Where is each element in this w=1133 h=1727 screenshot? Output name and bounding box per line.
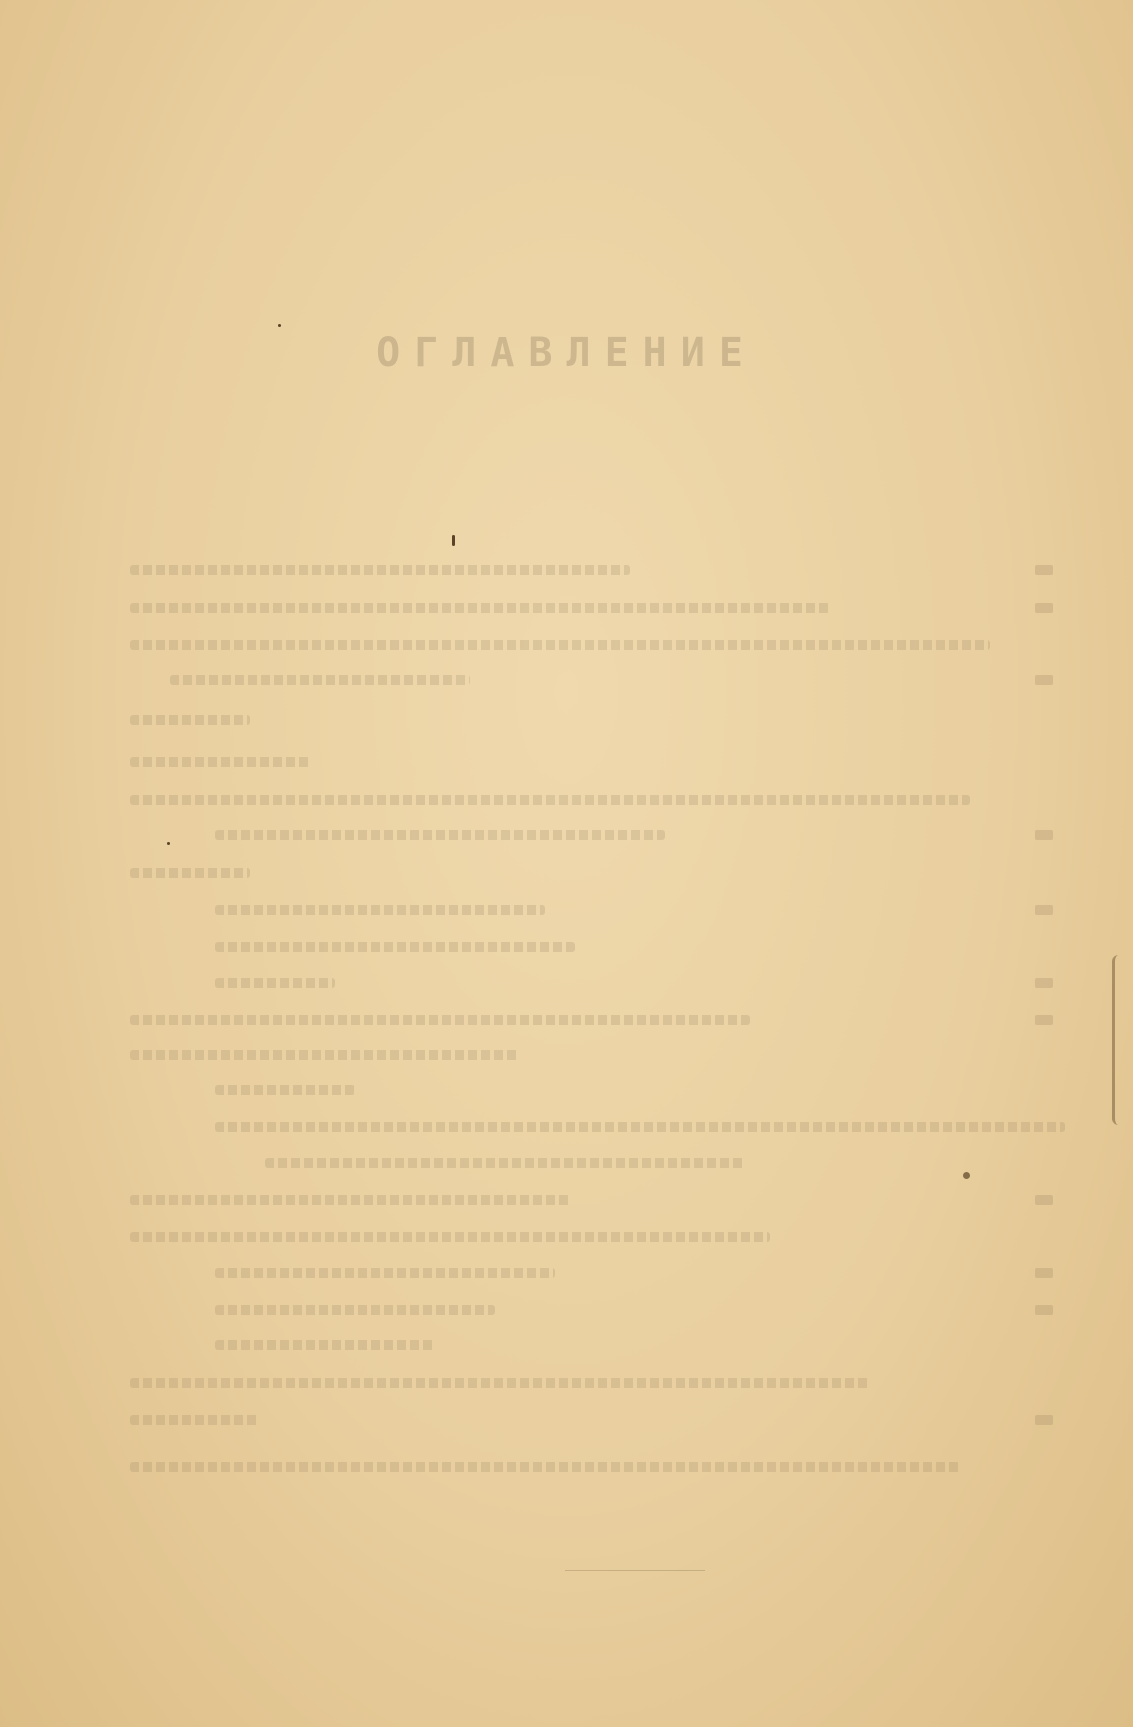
toc-entry bbox=[130, 1050, 520, 1060]
paper-speck bbox=[278, 324, 281, 327]
toc-entry bbox=[215, 905, 545, 915]
toc-entry bbox=[130, 1195, 570, 1205]
toc-page-number bbox=[1035, 675, 1053, 685]
toc-entry bbox=[130, 1462, 960, 1472]
toc-entry bbox=[130, 868, 250, 878]
toc-entry bbox=[215, 1122, 1065, 1132]
toc-entry bbox=[215, 942, 575, 952]
toc-entry bbox=[130, 795, 970, 805]
toc-entry bbox=[130, 757, 310, 767]
toc-page-number bbox=[1035, 978, 1053, 988]
toc-entry bbox=[215, 1085, 355, 1095]
toc-page-number bbox=[1035, 603, 1053, 613]
toc-page-number bbox=[1035, 830, 1053, 840]
toc-entry bbox=[130, 603, 830, 613]
toc-entry bbox=[170, 675, 470, 685]
paper-fold-edge bbox=[1112, 955, 1125, 1125]
toc-entry bbox=[215, 1305, 495, 1315]
toc-entry bbox=[130, 1015, 750, 1025]
paper-speck bbox=[963, 1172, 970, 1179]
toc-entry bbox=[215, 1340, 435, 1350]
toc-entry bbox=[130, 1378, 870, 1388]
toc-entry bbox=[265, 1158, 745, 1168]
toc-entry bbox=[215, 1268, 555, 1278]
toc-page-number bbox=[1035, 1015, 1053, 1025]
toc-entry bbox=[130, 715, 250, 725]
toc-entry bbox=[215, 830, 665, 840]
paper-speck bbox=[452, 535, 455, 546]
toc-page-number bbox=[1035, 905, 1053, 915]
toc-page-number bbox=[1035, 1195, 1053, 1205]
toc-entry bbox=[130, 1415, 260, 1425]
toc-entry bbox=[130, 640, 990, 650]
page-title: ОГЛАВЛЕНИЕ bbox=[0, 330, 1133, 376]
scanned-page: ОГЛАВЛЕНИЕ Body text is too faint to tra… bbox=[0, 0, 1133, 1727]
toc-entry bbox=[215, 978, 335, 988]
toc-page-number bbox=[1035, 1415, 1053, 1425]
closing-rule bbox=[565, 1570, 705, 1571]
toc-page-number bbox=[1035, 1305, 1053, 1315]
toc-page-number bbox=[1035, 1268, 1053, 1278]
paper-speck bbox=[167, 842, 170, 845]
toc-entry bbox=[130, 1232, 770, 1242]
toc-entry bbox=[130, 565, 630, 575]
toc-page-number bbox=[1035, 565, 1053, 575]
